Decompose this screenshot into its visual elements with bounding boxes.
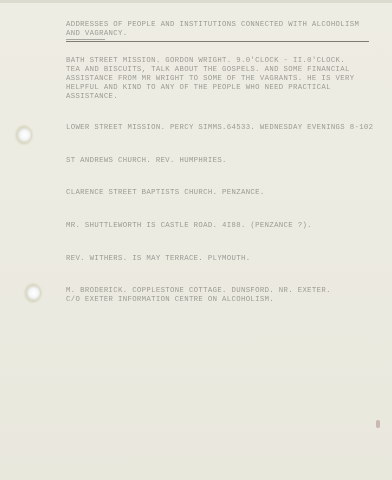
paper-mark	[376, 420, 380, 428]
document-title-line-1: ADDRESSES OF PEOPLE AND INSTITUTIONS CON…	[66, 21, 359, 30]
entry-line: C/O EXETER INFORMATION CENTRE ON ALCOHOL…	[66, 296, 274, 305]
document-title-line-2: AND VAGRANCY.	[66, 30, 127, 39]
typewritten-page: ADDRESSES OF PEOPLE AND INSTITUTIONS CON…	[0, 0, 392, 480]
entry-line: ASSISTANCE.	[66, 93, 118, 102]
entry-st-andrews-church: ST ANDREWS CHURCH. REV. HUMPHRIES.	[66, 157, 227, 166]
entry-line: TEA AND BISCUITS, TALK ABOUT THE GOSPELS…	[66, 66, 350, 75]
entry-line: HELPFUL AND KIND TO ANY OF THE PEOPLE WH…	[66, 84, 331, 93]
entry-clarence-street-baptists: CLARENCE STREET BAPTISTS CHURCH. PENZANC…	[66, 189, 265, 198]
entry-line: ASSISTANCE FROM MR WRIGHT TO SOME OF THE…	[66, 75, 354, 84]
entry-line: M. BRODERICK. COPPLESTONE COTTAGE. DUNSF…	[66, 287, 331, 296]
entry-line: BATH STREET MISSION. GORDON WRIGHT. 9.0'…	[66, 57, 345, 66]
punch-hole-upper	[17, 127, 31, 143]
entry-rev-withers: REV. WITHERS. IS MAY TERRACE. PLYMOUTH.	[66, 255, 250, 264]
punch-hole-lower	[26, 285, 40, 301]
page-top-edge	[0, 0, 392, 3]
entry-mr-shuttleworth: MR. SHUTTLEWORTH IS CASTLE ROAD. 4I88. (…	[66, 222, 312, 231]
entry-lower-street-mission: LOWER STREET MISSION. PERCY SIMMS.64533.…	[66, 124, 373, 133]
title-underline	[66, 39, 105, 40]
title-rule-divider	[66, 41, 369, 42]
